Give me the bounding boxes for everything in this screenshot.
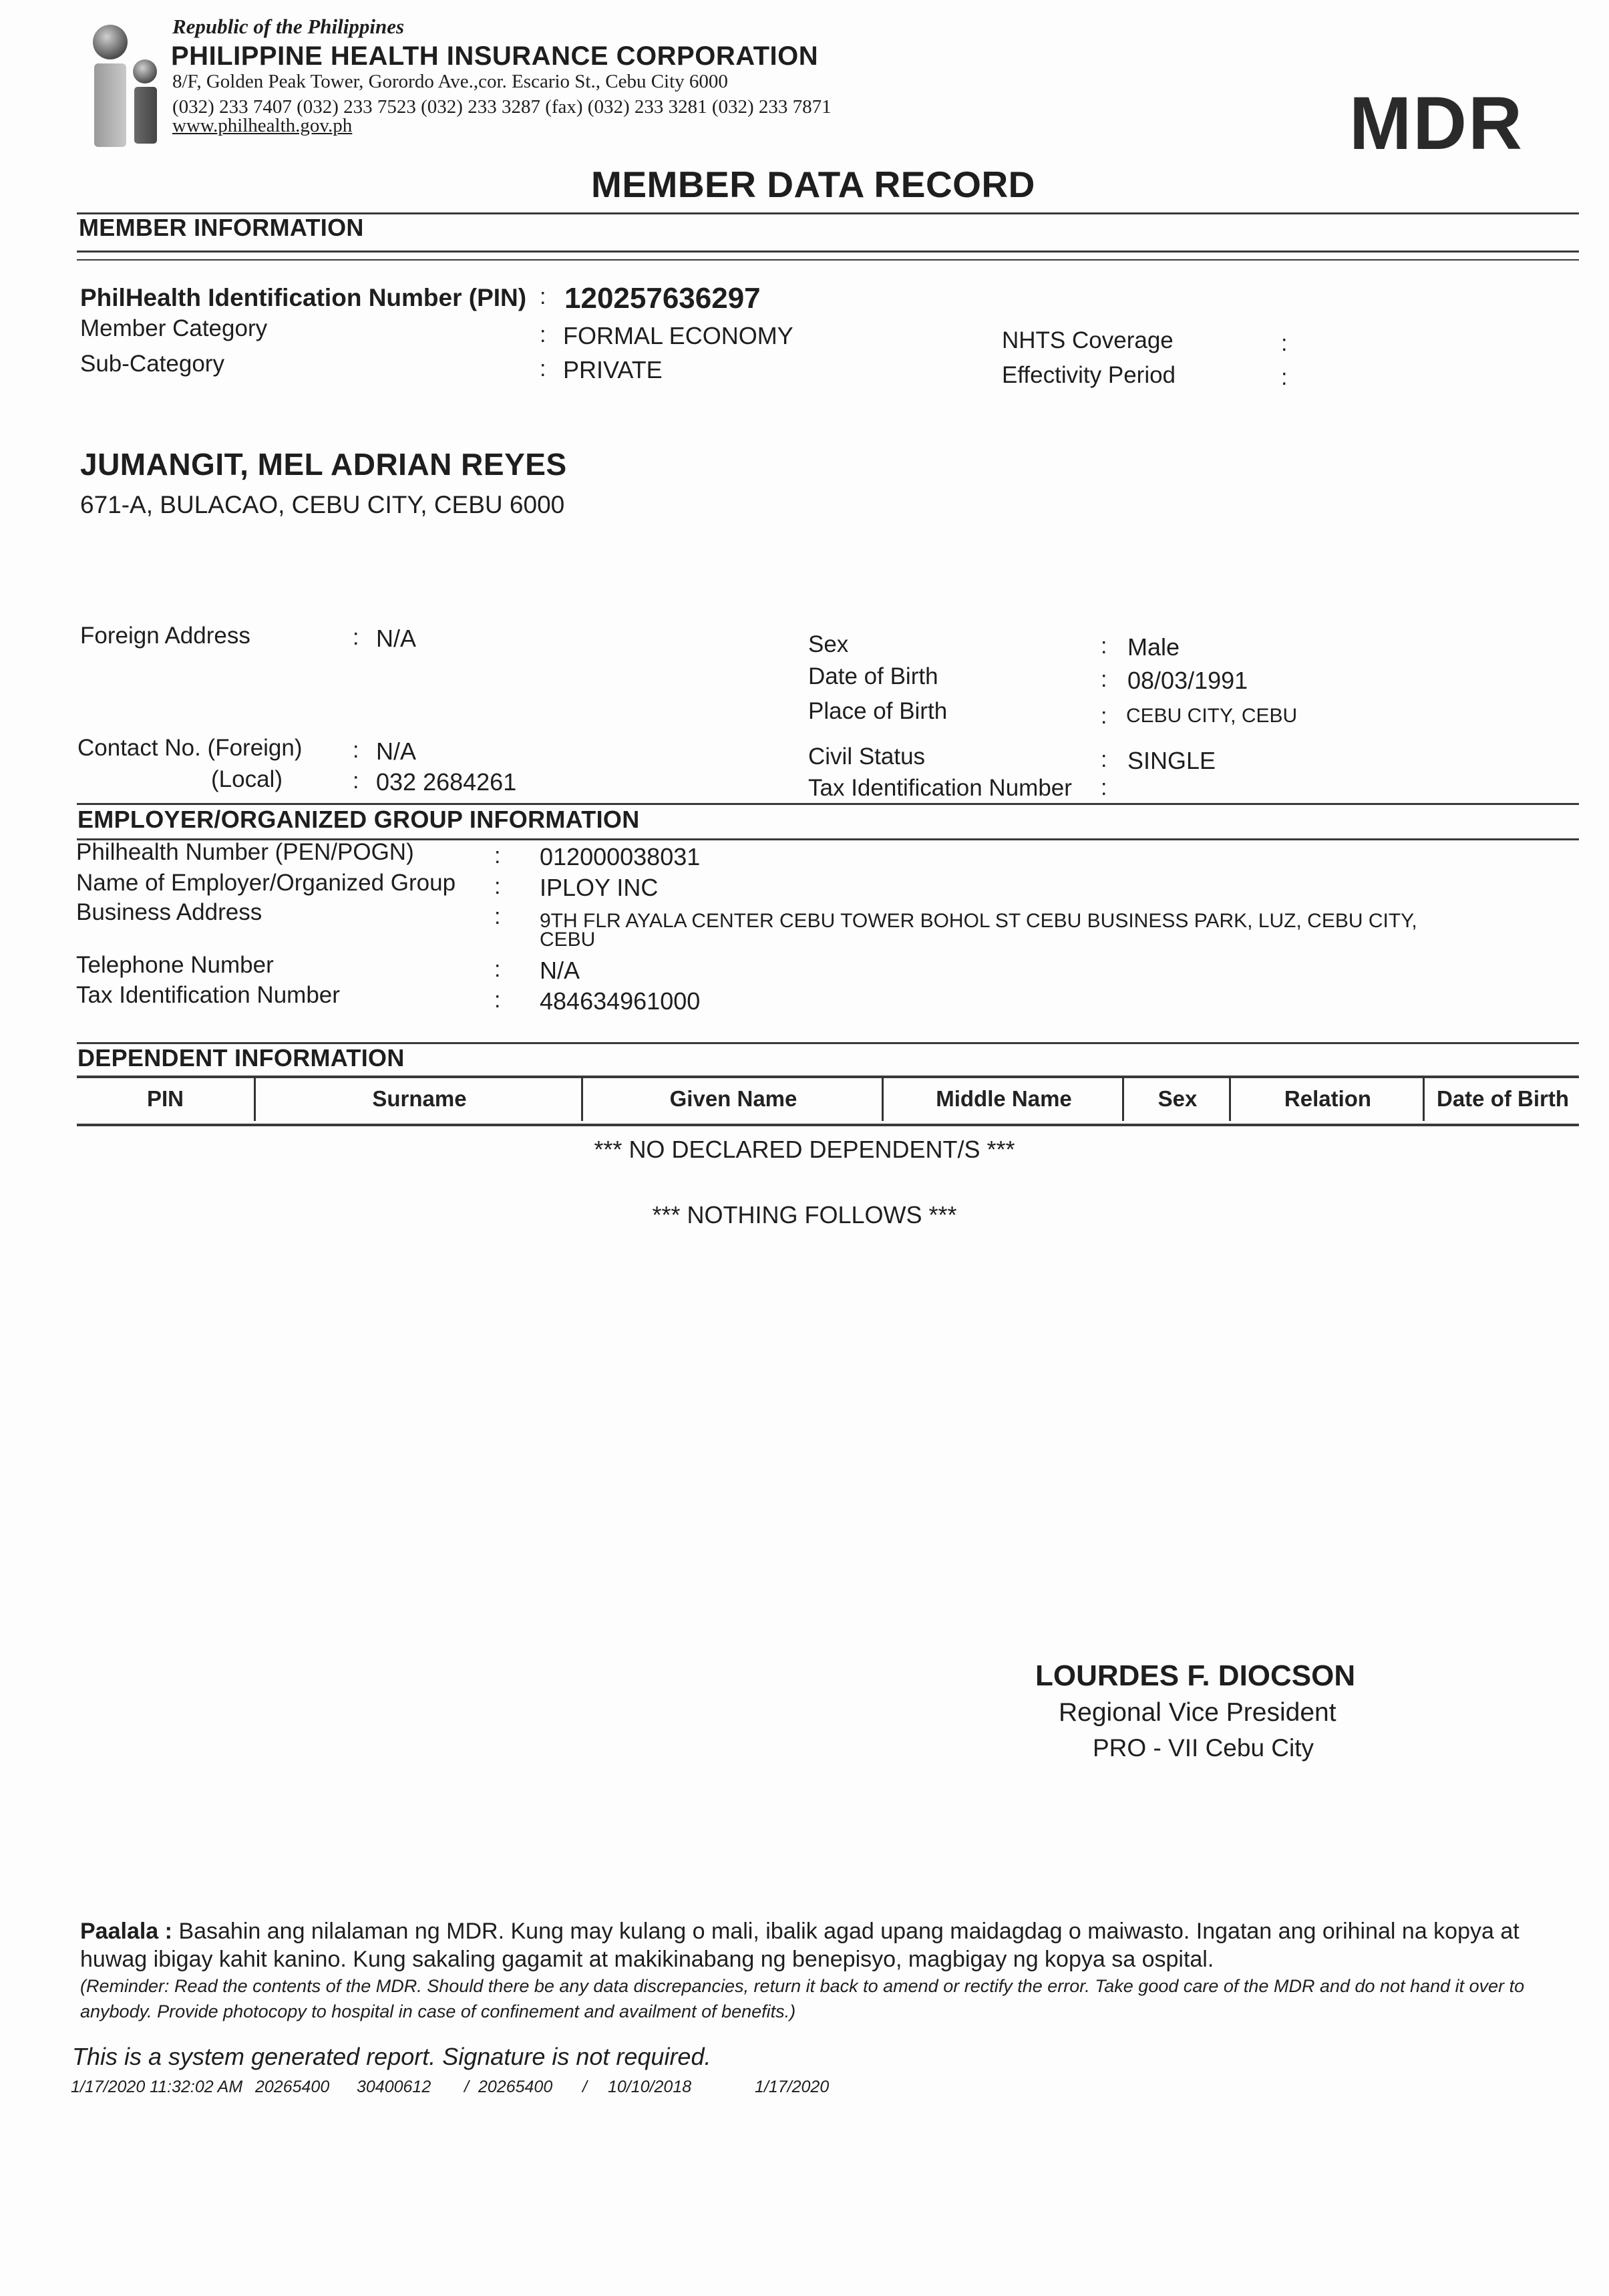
business-address-line-2: CEBU — [540, 929, 595, 951]
corporation-address: 8/F, Golden Peak Tower, Gorordo Ave.,cor… — [172, 71, 728, 93]
telephone-label: Telephone Number — [76, 952, 274, 979]
divider — [77, 803, 1579, 805]
republic-label: Republic of the Philippines — [172, 15, 404, 39]
pen-label: Philhealth Number (PEN/POGN) — [76, 839, 414, 866]
member-name: JUMANGIT, MEL ADRIAN REYES — [80, 446, 567, 482]
dependents-table-header: PIN Surname Given Name Middle Name Sex R… — [77, 1077, 1579, 1121]
effectivity-period-label: Effectivity Period — [1002, 362, 1176, 389]
date-of-birth-value: 08/03/1991 — [1127, 667, 1248, 695]
contact-local-value: 032 2684261 — [376, 768, 516, 796]
colon: : — [1101, 775, 1107, 801]
business-address-line-1: 9TH FLR AYALA CENTER CEBU TOWER BOHOL ST… — [540, 910, 1417, 933]
page-title: MEMBER DATA RECORD — [591, 163, 1035, 206]
stamp-date-1: 10/10/2018 — [608, 2078, 691, 2097]
section-title-dependent-information: DEPENDENT INFORMATION — [77, 1044, 405, 1072]
place-of-birth-value: CEBU CITY, CEBU — [1126, 705, 1297, 727]
colon: : — [1101, 633, 1107, 659]
divider — [77, 259, 1579, 261]
colon: : — [494, 904, 500, 930]
colon: : — [1281, 365, 1287, 391]
colon: : — [494, 874, 500, 900]
employer-tin-value: 484634961000 — [540, 987, 700, 1015]
sex-label: Sex — [808, 631, 848, 658]
reminder-note: Paalala : Basahin ang nilalaman ng MDR. … — [80, 1917, 1583, 2024]
signatory-office: PRO - VII Cebu City — [1093, 1734, 1314, 1762]
colon: : — [494, 987, 500, 1013]
corporation-name: PHILIPPINE HEALTH INSURANCE CORPORATION — [171, 41, 818, 71]
reminder-english: (Reminder: Read the contents of the MDR.… — [80, 1973, 1583, 2024]
telephone-value: N/A — [540, 957, 580, 985]
employer-tin-label: Tax Identification Number — [76, 982, 340, 1009]
stamp-code-1: 20265400 — [255, 2078, 329, 2097]
member-category-label: Member Category — [80, 315, 267, 342]
section-title-member-information: MEMBER INFORMATION — [79, 214, 364, 242]
column-header-surname: Surname — [254, 1077, 583, 1121]
member-address: 671-A, BULACAO, CEBU CITY, CEBU 6000 — [80, 491, 564, 519]
reminder-label: Paalala : — [80, 1919, 172, 1944]
sub-category-label: Sub-Category — [80, 351, 224, 377]
foreign-address-label: Foreign Address — [80, 623, 250, 649]
column-header-middle-name: Middle Name — [882, 1077, 1124, 1121]
colon: : — [353, 737, 359, 764]
colon: : — [540, 356, 546, 382]
system-generated-note: This is a system generated report. Signa… — [72, 2043, 711, 2071]
colon: : — [353, 768, 359, 794]
member-category-value: FORMAL ECONOMY — [563, 322, 793, 350]
contact-local-label: (Local) — [211, 766, 283, 793]
pin-value: 120257636297 — [564, 282, 761, 315]
colon: : — [353, 625, 359, 651]
business-address-label: Business Address — [76, 899, 262, 926]
employer-name-value: IPLOY INC — [540, 874, 658, 902]
nothing-follows-note: *** NOTHING FOLLOWS *** — [0, 1201, 1609, 1229]
place-of-birth-label: Place of Birth — [808, 698, 947, 725]
colon: : — [1101, 703, 1107, 729]
mdr-badge: MDR — [1349, 80, 1524, 166]
colon: : — [494, 957, 500, 983]
date-of-birth-label: Date of Birth — [808, 663, 938, 690]
no-dependents-note: *** NO DECLARED DEPENDENT/S *** — [0, 1136, 1609, 1164]
signatory-name: LOURDES F. DIOCSON — [1035, 1659, 1355, 1693]
signatory-position: Regional Vice President — [1059, 1698, 1336, 1728]
divider — [77, 251, 1579, 253]
reminder-tagalog: Basahin ang nilalaman ng MDR. Kung may k… — [80, 1919, 1519, 1972]
column-header-given-name: Given Name — [581, 1077, 884, 1121]
nhts-coverage-label: NHTS Coverage — [1002, 327, 1174, 354]
colon: : — [540, 284, 546, 310]
colon: : — [1281, 331, 1287, 357]
stamp-separator: / — [582, 2078, 587, 2097]
column-header-date-of-birth: Date of Birth — [1423, 1077, 1581, 1121]
colon: : — [1101, 667, 1107, 693]
contact-foreign-label: Contact No. (Foreign) — [77, 735, 303, 762]
stamp-code-3: 20265400 — [478, 2078, 552, 2097]
colon: : — [1101, 747, 1107, 773]
sex-value: Male — [1127, 633, 1180, 661]
member-tin-label: Tax Identification Number — [808, 775, 1072, 802]
stamp-separator: / — [464, 2078, 469, 2097]
pin-label: PhilHealth Identification Number (PIN) — [80, 284, 526, 312]
civil-status-value: SINGLE — [1127, 747, 1216, 775]
contact-foreign-value: N/A — [376, 737, 416, 766]
employer-name-label: Name of Employer/Organized Group — [76, 870, 456, 896]
civil-status-label: Civil Status — [808, 744, 925, 770]
colon: : — [494, 843, 500, 869]
column-header-relation: Relation — [1229, 1077, 1425, 1121]
stamp-code-2: 30400612 — [357, 2078, 431, 2097]
stamp-date-2: 1/17/2020 — [755, 2078, 829, 2097]
philhealth-logo-icon — [90, 23, 170, 150]
column-header-sex: Sex — [1122, 1077, 1231, 1121]
stamp-datetime: 1/17/2020 11:32:02 AM — [71, 2078, 242, 2097]
column-header-pin: PIN — [77, 1077, 254, 1121]
sub-category-value: PRIVATE — [563, 356, 663, 384]
website-link[interactable]: www.philhealth.gov.ph — [172, 115, 352, 137]
pen-value: 012000038031 — [540, 843, 700, 871]
divider — [77, 1124, 1579, 1126]
colon: : — [540, 322, 546, 348]
foreign-address-value: N/A — [376, 625, 416, 653]
section-title-employer-information: EMPLOYER/ORGANIZED GROUP INFORMATION — [77, 806, 640, 834]
